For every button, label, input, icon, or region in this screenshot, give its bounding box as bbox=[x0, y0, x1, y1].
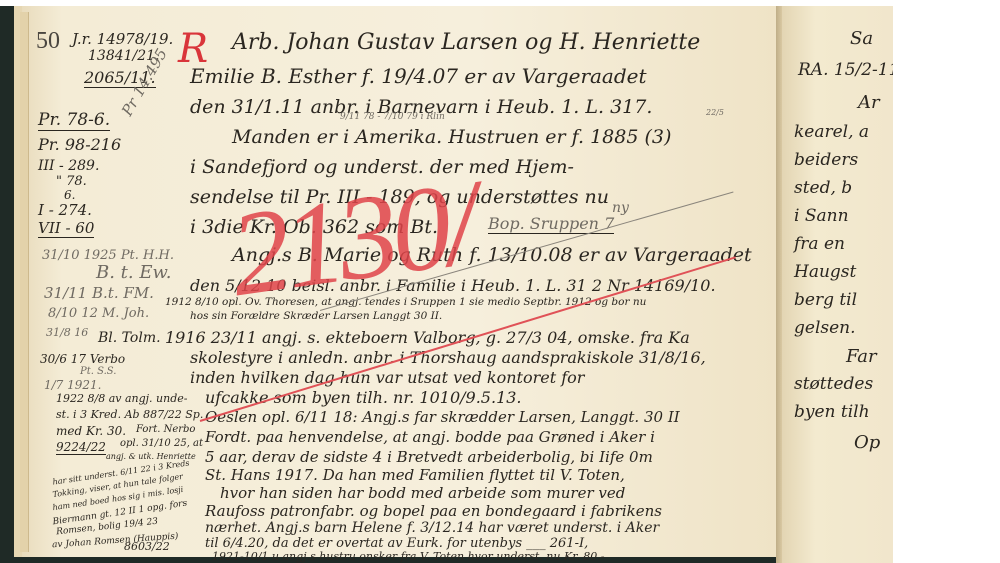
margin-ref: Pr. 78-6. bbox=[38, 110, 110, 131]
margin-ref: Pr. 98-216 bbox=[38, 135, 121, 154]
right-page-text: Haugst bbox=[794, 262, 856, 282]
margin-note: 1922 8/8 av angj. unde- bbox=[56, 392, 187, 405]
entry-line: 1916 23/11 angj. s. ekteboern Valborg, g… bbox=[165, 328, 690, 347]
blank-margin bbox=[893, 0, 1000, 563]
entry-line: skolestyre i anledn. anbr. i Thorshaug a… bbox=[190, 348, 706, 367]
right-page-text: gelsen. bbox=[794, 318, 856, 338]
right-page-text: RA. 15/2-11. bbox=[798, 60, 905, 80]
margin-ref: " 78. bbox=[56, 174, 87, 189]
page-number: 50 bbox=[36, 28, 60, 55]
pencil-margin-note: 31/8 16 bbox=[46, 326, 88, 339]
pencil-margin-note: Pt. S.S. bbox=[80, 366, 116, 377]
right-page-text: støttedes bbox=[794, 374, 873, 394]
entry-line: Oeslen opl. 6/11 18: Angj.s far skrædder… bbox=[205, 408, 680, 426]
margin-note: 9224/22 bbox=[56, 440, 106, 455]
pencil-annotation: ny bbox=[612, 200, 629, 216]
right-page-text: sted, b bbox=[794, 178, 852, 198]
right-page-text: fra en bbox=[794, 234, 845, 254]
margin-ref: J.r. 14978/19. bbox=[72, 30, 173, 48]
entry-heading: Arb. Johan Gustav Larsen og H. Henriette bbox=[232, 30, 700, 55]
right-ledger-page bbox=[782, 6, 893, 563]
right-page-text: byen tilh bbox=[794, 402, 870, 422]
right-page-text: i Sann bbox=[794, 206, 849, 226]
right-page-text: Far bbox=[846, 346, 877, 367]
page-stack-edge bbox=[20, 12, 29, 552]
margin-note: med Kr. 30. bbox=[56, 424, 126, 438]
margin-ref: I - 274. bbox=[38, 201, 92, 219]
right-page-text: berg til bbox=[794, 290, 857, 310]
pencil-annotation: 9/11 78 - 7/10 79 i Rlin bbox=[340, 112, 445, 122]
margin-ref: III - 289. bbox=[38, 158, 99, 174]
blank-top-margin bbox=[0, 0, 893, 6]
right-page-text: Op bbox=[854, 432, 880, 453]
right-page-text: kearel, a bbox=[794, 122, 869, 142]
entry-line: hvor han siden har bodd med arbeide som … bbox=[220, 484, 625, 502]
pencil-margin-note: 31/10 1925 Pt. H.H. bbox=[42, 248, 174, 263]
entry-line: nærhet. Angj.s barn Helene f. 3/12.14 ha… bbox=[205, 520, 659, 536]
entry-line: 5 aar, derav de sidste 4 i Bretvedt arbe… bbox=[205, 448, 653, 466]
margin-ref: VII - 60 bbox=[38, 219, 94, 238]
entry-line: St. Hans 1917. Da han med Familien flytt… bbox=[205, 466, 625, 484]
entry-line: Raufoss patronfabr. og bopel paa en bond… bbox=[205, 502, 662, 520]
margin-note: Fort. Nerbo bbox=[136, 424, 195, 435]
margin-note: opl. 31/10 25, at bbox=[120, 438, 203, 449]
pencil-margin-note: 31/11 B.t. FM. bbox=[44, 284, 154, 302]
margin-note: Bl. Tolm. bbox=[98, 330, 161, 346]
right-page-text: Sa bbox=[850, 28, 873, 49]
entry-line: inden hvilken dag hun var utsat ved kont… bbox=[190, 368, 584, 387]
pencil-margin-note: 8/10 12 M. Joh. bbox=[48, 306, 149, 321]
margin-note: st. i 3 Kred. Ab 887/22 Sp. bbox=[56, 408, 203, 421]
pencil-annotation: 22/5 bbox=[706, 108, 724, 117]
entry-line: Manden er i Amerika. Hustruen er f. 1885… bbox=[232, 126, 671, 148]
pencil-margin-note: B. t. Ew. bbox=[96, 262, 171, 283]
entry-line: til 6/4.20, da det er overtat av Eurk. f… bbox=[205, 536, 588, 551]
right-page-text: Ar bbox=[858, 92, 880, 113]
entry-line: 1921-10/1 u angj.s hustru onsker fra V. … bbox=[212, 550, 604, 563]
margin-note: 30/6 17 Verbo bbox=[40, 352, 125, 366]
right-page-text: beiders bbox=[794, 150, 858, 170]
pencil-margin-note: 1/7 1921. bbox=[44, 378, 101, 392]
entry-line: Fordt. paa henvendelse, at angj. bodde p… bbox=[205, 428, 655, 446]
margin-ref: 6. bbox=[64, 188, 75, 202]
entry-line: Emilie B. Esther f. 19/4.07 er av Varger… bbox=[190, 64, 647, 88]
margin-note: 8603/22 bbox=[124, 540, 170, 553]
